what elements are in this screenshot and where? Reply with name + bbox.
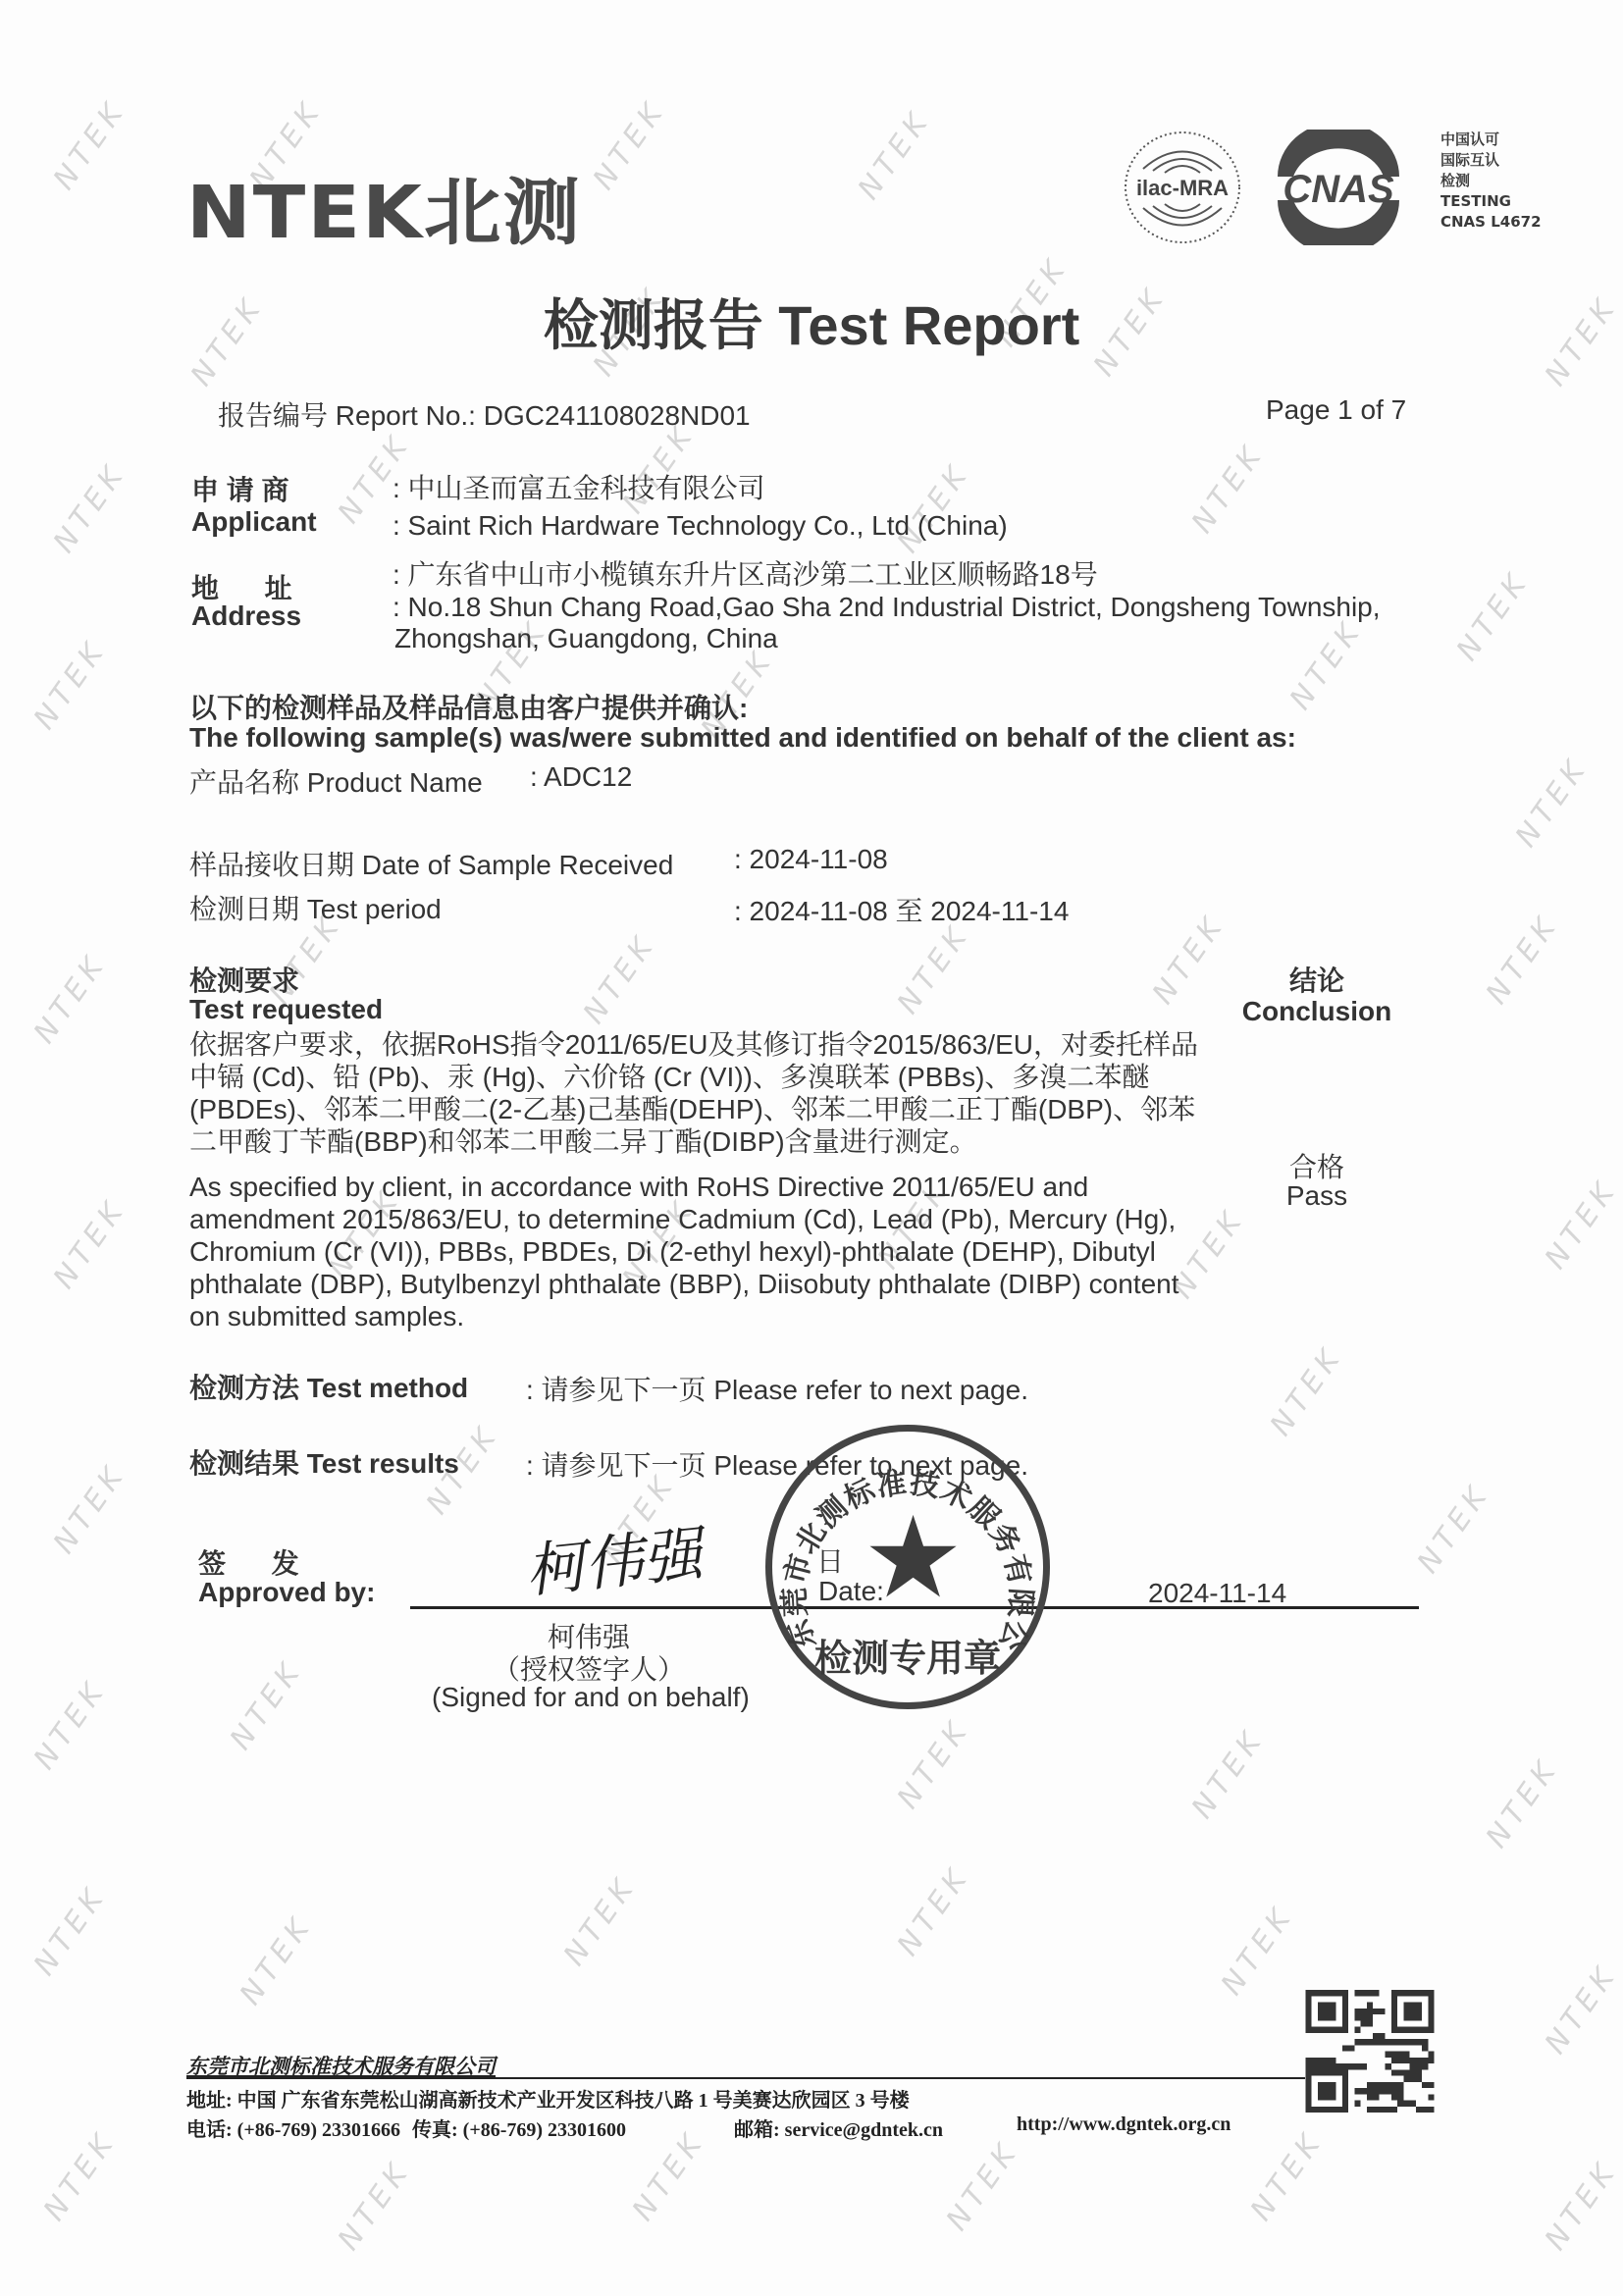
- body-line: Chromium (Cr (VI)), PBBs, PBDEs, Di (2-e…: [189, 1235, 1179, 1268]
- ntek-watermark: NTEK: [27, 633, 114, 736]
- address-value-cn: : 广东省中山市小榄镇东升片区高沙第二工业区顺畅路18号: [393, 553, 1098, 593]
- date-received-value: : 2024-11-08: [734, 844, 888, 875]
- ntek-watermark: NTEK: [224, 1653, 310, 1756]
- report-number-label: 报告编号 Report No.:: [218, 400, 476, 431]
- body-line: on submitted samples.: [189, 1300, 1179, 1332]
- conclusion-label-en: Conclusion: [1238, 996, 1395, 1027]
- test-requested-label-en: Test requested: [189, 994, 383, 1025]
- body-line: amendment 2015/863/EU, to determine Cadm…: [189, 1203, 1179, 1235]
- ntek-watermark: NTEK: [626, 2124, 712, 2227]
- body-line: 中镉 (Cd)、铅 (Pb)、汞 (Hg)、六价铬 (Cr (VI))、多溴联苯…: [189, 1061, 1198, 1093]
- accreditation-line: 检测: [1440, 171, 1542, 191]
- ntek-watermark: NTEK: [891, 1712, 977, 1815]
- body-line: (PBDEs)、邻苯二甲酸二(2-乙基)己基酯(DEHP)、邻苯二甲酸二正丁酯(…: [189, 1093, 1198, 1125]
- test-period-value: : 2024-11-08 至 2024-11-14: [734, 890, 1069, 929]
- star-icon: ★: [863, 1502, 964, 1615]
- ntek-watermark: NTEK: [577, 927, 663, 1030]
- footer-fax: 传真: (+86-769) 23301600: [412, 2113, 626, 2142]
- accreditation-line: 中国认可: [1440, 130, 1542, 150]
- ilac-mra-text: ilac-MRA: [1136, 176, 1229, 200]
- test-method-label: 检测方法 Test method: [189, 1367, 468, 1406]
- test-method-value: : 请参见下一页 Please refer to next page.: [526, 1369, 1028, 1408]
- accreditation-line: CNAS L4672: [1440, 212, 1542, 233]
- ntek-watermark: NTEK: [234, 1908, 320, 2011]
- ilac-mra-logo: ilac-MRA: [1122, 130, 1243, 245]
- ntek-watermark: NTEK: [27, 947, 114, 1050]
- ntek-watermark: NTEK: [587, 93, 673, 196]
- page-title: 检测报告 Test Report: [0, 283, 1623, 361]
- body-line: 二甲酸丁苄酯(BBP)和邻苯二甲酸二异丁酯(DIBP)含量进行测定。: [189, 1125, 1198, 1158]
- ntek-watermark: NTEK: [891, 456, 977, 559]
- ntek-watermark: NTEK: [332, 2154, 418, 2257]
- ntek-watermark: NTEK: [47, 93, 133, 196]
- product-name-label: 产品名称 Product Name: [189, 761, 483, 801]
- ntek-watermark: NTEK: [891, 1859, 977, 1962]
- test-period-label: 检测日期 Test period: [189, 888, 442, 927]
- conclusion-label-cn: 结论: [1238, 960, 1395, 999]
- ntek-watermark: NTEK: [1509, 751, 1596, 854]
- address-label-en: Address: [191, 600, 301, 632]
- ntek-watermark: NTEK: [1480, 1751, 1566, 1854]
- accreditation-line: TESTING: [1440, 191, 1542, 212]
- ntek-watermark: NTEK: [1146, 908, 1232, 1011]
- cnas-text: CNAS: [1283, 168, 1394, 211]
- ntek-watermark: NTEK: [1185, 437, 1272, 540]
- footer-email: 邮箱: service@gdntek.cn: [734, 2113, 943, 2142]
- date-received-label: 样品接收日期 Date of Sample Received: [189, 844, 673, 883]
- address-value-en-2: Zhongshan, Guangdong, China: [394, 623, 778, 654]
- report-number: 报告编号 Report No.: DGC241108028ND01: [218, 394, 751, 434]
- ntek-watermark: NTEK: [1215, 1899, 1301, 2002]
- official-stamp: 东莞市北测标准技术服务有限公司 ★ 检测专用章: [765, 1425, 1050, 1709]
- address-value-en-1: : No.18 Shun Chang Road,Gao Sha 2nd Indu…: [393, 592, 1381, 623]
- ntek-watermark: NTEK: [47, 1457, 133, 1560]
- ntek-watermark: NTEK: [47, 1192, 133, 1295]
- ntek-watermark: NTEK: [1283, 613, 1370, 716]
- ntek-watermark: NTEK: [1264, 1339, 1350, 1442]
- accreditation-line: 国际互认: [1440, 150, 1542, 171]
- signer-note: (Signed for and on behalf): [432, 1682, 746, 1713]
- ntek-watermark: NTEK: [1450, 564, 1537, 667]
- body-line: phthalate (DBP), Butylbenzyl phthalate (…: [189, 1268, 1179, 1300]
- approved-label-cn: 签 发: [198, 1542, 299, 1582]
- ntek-watermark: NTEK: [1411, 1477, 1497, 1580]
- footer-divider: [186, 2077, 1305, 2079]
- conclusion-value-cn: 合格: [1238, 1146, 1395, 1185]
- ntek-logo: NTEK北测: [186, 155, 582, 259]
- test-requested-label-cn: 检测要求: [189, 960, 299, 999]
- ntek-watermark: NTEK: [1539, 1173, 1623, 1276]
- stamp-center-text: 检测专用章: [772, 1628, 1043, 1682]
- applicant-value-en: : Saint Rich Hardware Technology Co., Lt…: [393, 510, 1008, 542]
- signature: 柯伟强: [521, 1507, 706, 1609]
- ntek-watermark: NTEK: [27, 1879, 114, 1982]
- ntek-watermark: NTEK: [1244, 2124, 1331, 2227]
- sample-intro-en: The following sample(s) was/were submitt…: [189, 722, 1296, 754]
- ntek-watermark: NTEK: [27, 1673, 114, 1776]
- cnas-logo: CNAS: [1266, 130, 1411, 245]
- ntek-watermark: NTEK: [47, 456, 133, 559]
- footer-company: 东莞市北测标准技术服务有限公司: [186, 2051, 496, 2080]
- page-indicator: Page 1 of 7: [1266, 394, 1406, 426]
- sample-intro-cn: 以下的检测样品及样品信息由客户提供并确认:: [189, 687, 748, 726]
- ntek-watermark: NTEK: [37, 2124, 124, 2227]
- applicant-label-en: Applicant: [191, 506, 317, 538]
- ntek-watermark: NTEK: [852, 103, 938, 206]
- footer-phone: 电话: (+86-769) 23301666: [186, 2113, 400, 2142]
- body-line: As specified by client, in accordance wi…: [189, 1171, 1179, 1203]
- ntek-watermark: NTEK: [1185, 1722, 1272, 1825]
- ntek-watermark: NTEK: [940, 2134, 1026, 2237]
- ntek-watermark: NTEK: [1539, 1957, 1623, 2061]
- approval-date: 2024-11-14: [1148, 1578, 1286, 1609]
- body-line: 依据客户要求，依据RoHS指令2011/65/EU及其修订指令2015/863/…: [189, 1028, 1198, 1061]
- footer-address: 地址: 中国 广东省东莞松山湖高新技术产业开发区科技八路 1 号美赛达欣园区 3…: [186, 2084, 910, 2113]
- conclusion-value-en: Pass: [1238, 1180, 1395, 1212]
- applicant-value-cn: : 中山圣而富五金科技有限公司: [393, 467, 765, 506]
- test-requested-body-cn: 依据客户要求，依据RoHS指令2011/65/EU及其修订指令2015/863/…: [189, 1028, 1198, 1158]
- test-results-label: 检测结果 Test results: [189, 1442, 459, 1482]
- ntek-watermark: NTEK: [1539, 2154, 1623, 2257]
- ntek-watermark: NTEK: [557, 1869, 644, 1972]
- ntek-watermark: NTEK: [1480, 908, 1566, 1011]
- ntek-watermark: NTEK: [891, 917, 977, 1020]
- approved-label-en: Approved by:: [198, 1577, 375, 1608]
- applicant-label-cn: 申 请 商: [191, 469, 289, 508]
- footer-website-link[interactable]: http://www.dgntek.org.cn: [1017, 2113, 1230, 2136]
- accreditation-text: 中国认可 国际互认 检测 TESTING CNAS L4672: [1440, 130, 1542, 233]
- test-requested-body-en: As specified by client, in accordance wi…: [189, 1171, 1179, 1332]
- qr-code: [1305, 1990, 1435, 2113]
- report-number-value: DGC241108028ND01: [484, 400, 751, 431]
- product-name-value: : ADC12: [530, 761, 632, 793]
